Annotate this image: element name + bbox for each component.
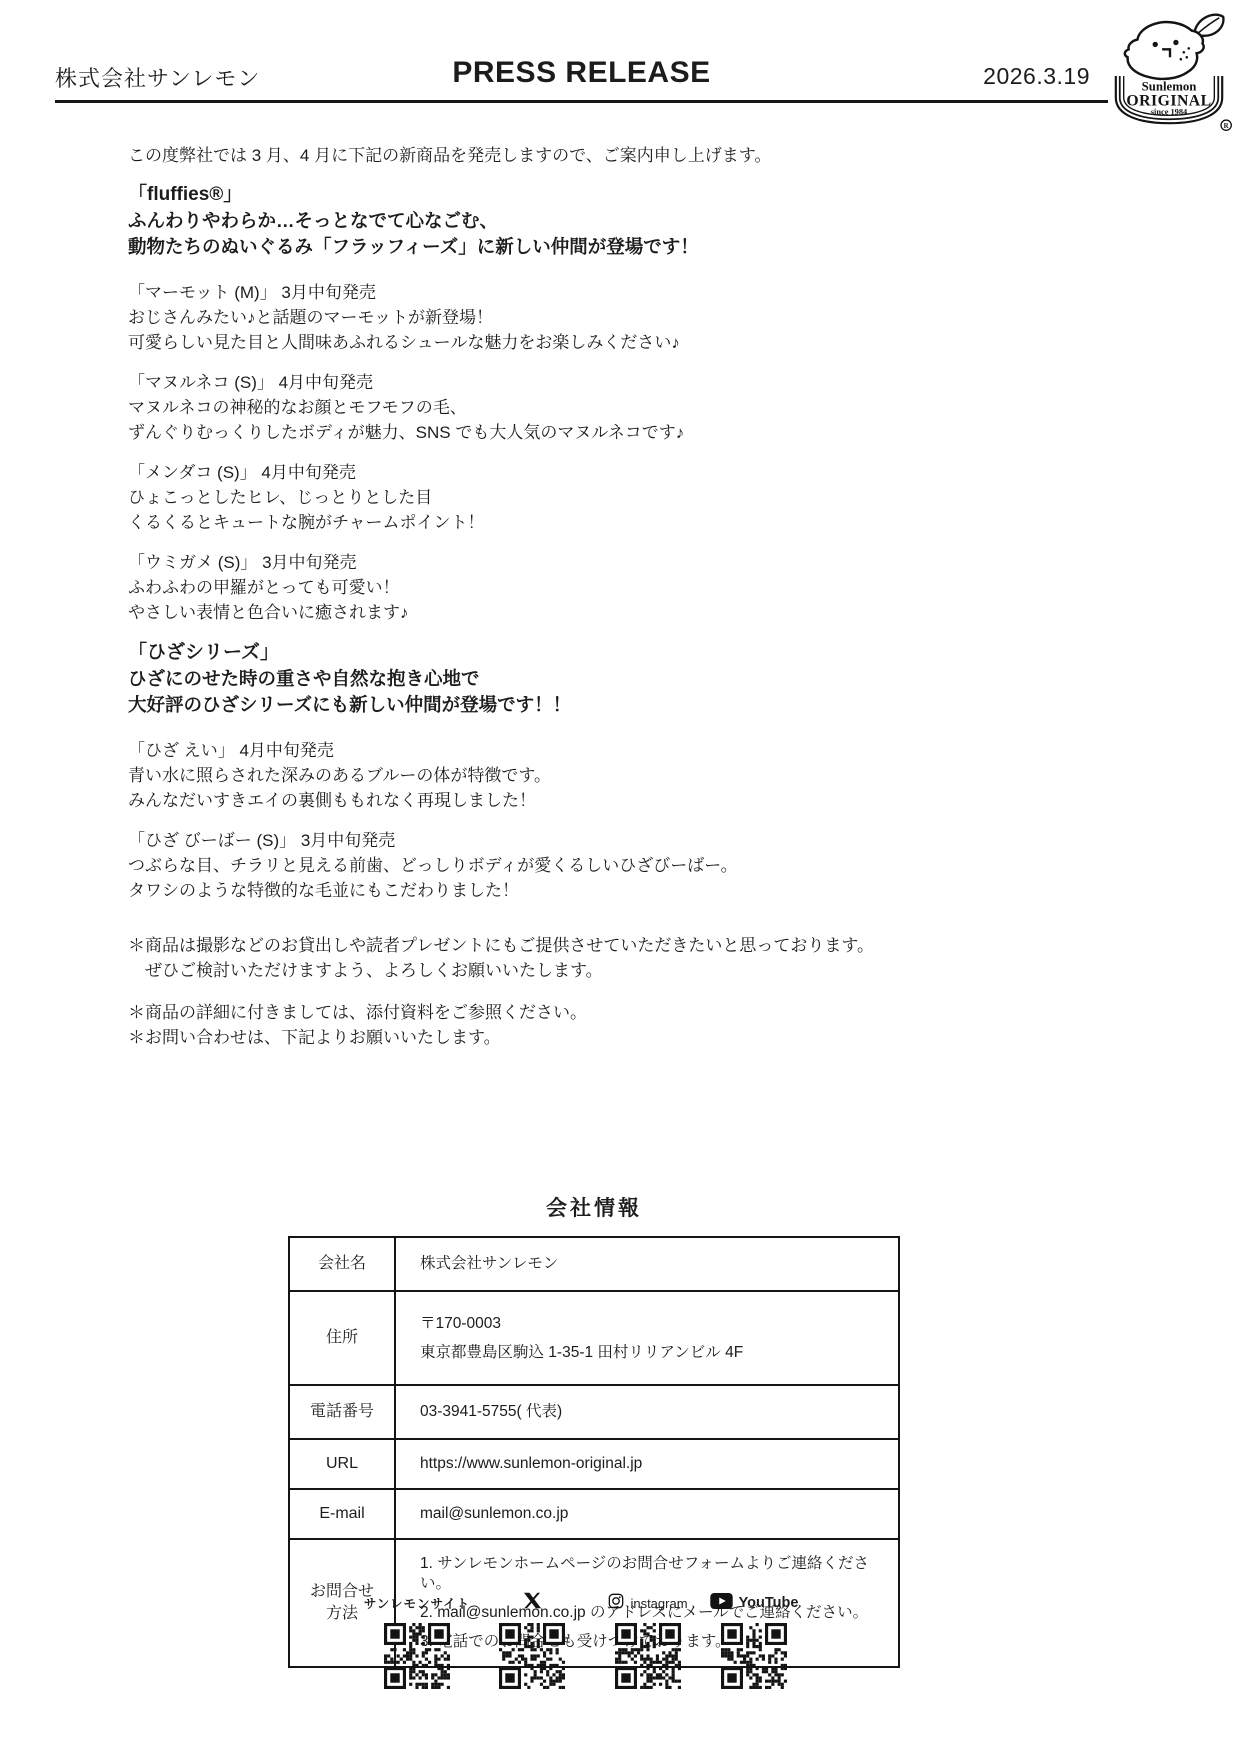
section-heading-line: ひざにのせた時の重さや自然な抱き心地で (128, 666, 1118, 692)
section-heading-line: 大好評のひざシリーズにも新しい仲間が登場です！！ (128, 692, 1118, 718)
qr-column: YouTube (689, 1590, 819, 1694)
product-block: 「メンダコ (S)」 4月中旬発売ひょこっとしたヒレ、じっとりとした目くるくると… (128, 460, 1118, 535)
qr-code (721, 1623, 787, 1689)
note-line: ＊商品は撮影などのお貸出しや読者プレゼントにもご提供させていただきたいと思ってお… (128, 933, 1118, 958)
table-row: 電話番号03-3941-5755( 代表) (289, 1385, 899, 1439)
product-description-line: みんなだいすきエイの裏側ももれなく再現しました！ (128, 788, 1118, 813)
product-title: 「マーモット (M)」 3月中旬発売 (128, 280, 1118, 305)
product-description-line: おじさんみたい♪と話題のマーモットが新登場！ (128, 305, 1118, 330)
qr-code (615, 1623, 681, 1689)
body-content: この度弊社では 3 月、4 月に下記の新商品を発売しますので、ご案内申し上げます… (128, 143, 1118, 1067)
product-block: 「マヌルネコ (S)」 4月中旬発売マヌルネコの神秘的なお顔とモフモフの毛、ずん… (128, 370, 1118, 445)
section-heading: 「ひざシリーズ」ひざにのせた時の重さや自然な抱き心地で大好評のひざシリーズにも新… (128, 640, 1118, 718)
qr-code (499, 1623, 565, 1689)
product-description-line: タワシのような特徴的な毛並にもこだわりました！ (128, 878, 1118, 903)
table-row: 住所〒170-0003東京都豊島区駒込 1-35-1 田村リリアンビル 4F (289, 1291, 899, 1385)
product-title: 「ひざ えい」 4月中旬発売 (128, 738, 1118, 763)
product-description-line: 可愛らしい見た目と人間味あふれるシュールな魅力をお楽しみください♪ (128, 330, 1118, 355)
table-row: URLhttps://www.sunlemon-original.jp (289, 1439, 899, 1489)
product-description-line: ひょこっとしたヒレ、じっとりとした目 (128, 485, 1118, 510)
row-value-line: 〒170-0003 (420, 1314, 888, 1334)
youtube-icon (710, 1593, 733, 1614)
section-heading: 「fluffies®」ふんわりやわらか…そっとなでて心なごむ、動物たちのぬいぐる… (128, 182, 1118, 260)
qr-section: サンレモンサイトinstagramYouTube (0, 1590, 1240, 1720)
product-block: 「ウミガメ (S)」 3月中旬発売ふわふわの甲羅がとっても可愛い！やさしい表情と… (128, 550, 1118, 625)
row-value: mail@sunlemon.co.jp (395, 1489, 899, 1539)
qr-label-text: YouTube (739, 1595, 799, 1611)
product-block: 「ひざ びーばー (S)」 3月中旬発売つぶらな目、チラリと見える前歯、どっしり… (128, 828, 1118, 903)
section-heading-line: ふんわりやわらか…そっとなでて心なごむ、 (128, 208, 1118, 234)
row-value-line: 03-3941-5755( 代表) (420, 1402, 888, 1422)
qr-code (384, 1623, 450, 1689)
qr-label (467, 1590, 597, 1616)
row-value: 〒170-0003東京都豊島区駒込 1-35-1 田村リリアンビル 4F (395, 1291, 899, 1385)
product-description-line: ふわふわの甲羅がとっても可愛い！ (128, 575, 1118, 600)
table-row: 会社名株式会社サンレモン (289, 1237, 899, 1291)
qr-label-text: サンレモンサイト (364, 1594, 470, 1612)
qr-label: YouTube (689, 1590, 819, 1616)
row-value: 株式会社サンレモン (395, 1237, 899, 1291)
row-label: 住所 (289, 1291, 395, 1385)
sunlemon-lemon-icon: Sunlemon ORIGINAL since 1984 R (1104, 10, 1236, 134)
product-block: 「ひざ えい」 4月中旬発売青い水に照らされた深みのあるブルーの体が特徴です。み… (128, 738, 1118, 813)
note-group: ＊商品の詳細に付きましては、添付資料をご参照ください。＊お問い合わせは、下記より… (128, 1000, 1118, 1050)
section-heading-line: 「ひざシリーズ」 (128, 640, 1118, 666)
product-description-line: マヌルネコの神秘的なお顔とモフモフの毛、 (128, 395, 1118, 420)
row-value: 03-3941-5755( 代表) (395, 1385, 899, 1439)
product-title: 「マヌルネコ (S)」 4月中旬発売 (128, 370, 1118, 395)
product-description-line: つぶらな目、チラリと見える前歯、どっしりボディが愛くるしいひざびーばー。 (128, 853, 1118, 878)
product-description-line: くるくるとキュートな腕がチャームポイント！ (128, 510, 1118, 535)
row-label: URL (289, 1439, 395, 1489)
product-section: 「fluffies®」ふんわりやわらか…そっとなでて心なごむ、動物たちのぬいぐる… (128, 182, 1118, 625)
header-divider (55, 100, 1108, 103)
note-group: ＊商品は撮影などのお貸出しや読者プレゼントにもご提供させていただきたいと思ってお… (128, 933, 1118, 983)
header-date: 2026.3.19 (983, 63, 1090, 90)
qr-column (467, 1590, 597, 1694)
product-description-line: 青い水に照らされた深みのあるブルーの体が特徴です。 (128, 763, 1118, 788)
company-info-title: 会社情報 (288, 1192, 900, 1222)
note-line: ＊商品の詳細に付きましては、添付資料をご参照ください。 (128, 1000, 1118, 1025)
qr-label: サンレモンサイト (352, 1590, 482, 1616)
row-value-line: https://www.sunlemon-original.jp (420, 1454, 888, 1474)
row-value-line: 株式会社サンレモン (420, 1254, 888, 1274)
qr-column: サンレモンサイト (352, 1590, 482, 1694)
product-section: 「ひざシリーズ」ひざにのせた時の重さや自然な抱き心地で大好評のひざシリーズにも新… (128, 640, 1118, 903)
row-label: 電話番号 (289, 1385, 395, 1439)
row-value-line: 1. サンレモンホームページのお問合せフォームよりご連絡ください。 (420, 1554, 888, 1594)
row-value-line: 東京都豊島区駒込 1-35-1 田村リリアンビル 4F (420, 1343, 888, 1363)
intro-paragraph: この度弊社では 3 月、4 月に下記の新商品を発売しますので、ご案内申し上げます… (128, 143, 1118, 168)
row-value-line: mail@sunlemon.co.jp (420, 1504, 888, 1524)
product-description-line: ずんぐりむっくりしたボディが魅力、SNS でも大人気のマヌルネコです♪ (128, 420, 1118, 445)
notes-block: ＊商品は撮影などのお貸出しや読者プレゼントにもご提供させていただきたいと思ってお… (128, 933, 1118, 1050)
note-line: ＊お問い合わせは、下記よりお願いいたします。 (128, 1025, 1118, 1050)
product-block: 「マーモット (M)」 3月中旬発売おじさんみたい♪と話題のマーモットが新登場！… (128, 280, 1118, 355)
product-description-line: やさしい表情と色合いに癒されます♪ (128, 600, 1118, 625)
product-sections: 「fluffies®」ふんわりやわらか…そっとなでて心なごむ、動物たちのぬいぐる… (128, 182, 1118, 903)
row-label: 会社名 (289, 1237, 395, 1291)
table-row: E-mailmail@sunlemon.co.jp (289, 1489, 899, 1539)
product-title: 「メンダコ (S)」 4月中旬発売 (128, 460, 1118, 485)
note-line: ぜひご検討いただけますよう、よろしくお願いいたします。 (128, 958, 1118, 983)
section-heading-line: 「fluffies®」 (128, 182, 1118, 208)
row-value: https://www.sunlemon-original.jp (395, 1439, 899, 1489)
sunlemon-logo: Sunlemon ORIGINAL since 1984 R (1104, 10, 1236, 134)
page-title: PRESS RELEASE (55, 56, 1108, 90)
press-release-page: 株式会社サンレモン PRESS RELEASE 2026.3.19 Sunlem… (0, 0, 1240, 1754)
qr-label-text: instagram (630, 1596, 687, 1611)
instagram-icon (608, 1593, 624, 1614)
section-heading-line: 動物たちのぬいぐるみ「フラッフィーズ」に新しい仲間が登場です！ (128, 234, 1118, 260)
x-logo-icon (523, 1591, 542, 1615)
product-title: 「ウミガメ (S)」 3月中旬発売 (128, 550, 1118, 575)
row-label: E-mail (289, 1489, 395, 1539)
product-title: 「ひざ びーばー (S)」 3月中旬発売 (128, 828, 1118, 853)
svg-text:since 1984: since 1984 (1151, 107, 1188, 116)
